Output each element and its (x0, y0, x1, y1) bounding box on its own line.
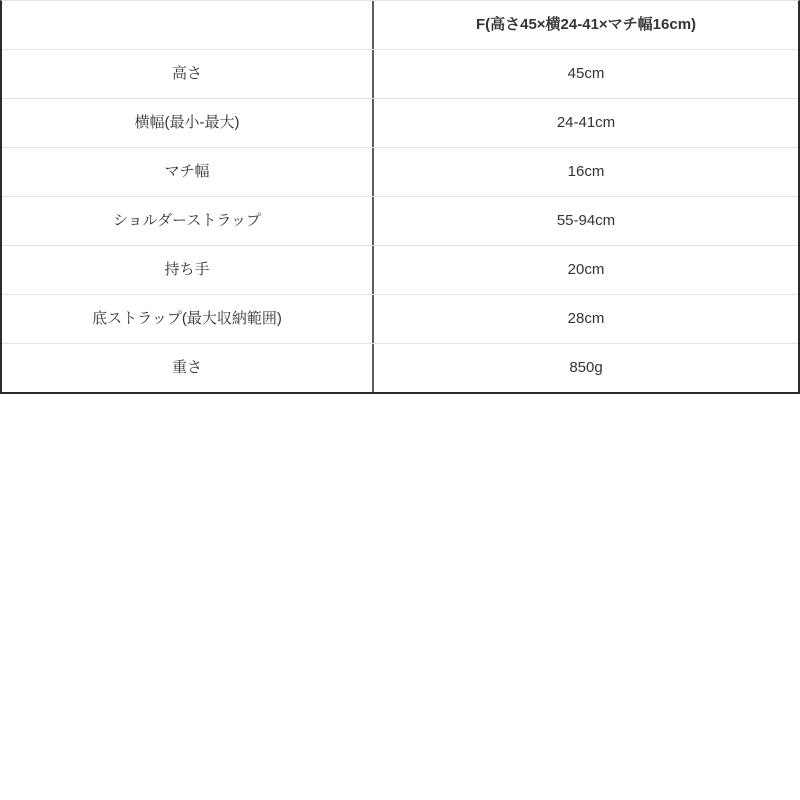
empty-page-area (0, 394, 800, 800)
table-row: マチ幅 16cm (2, 147, 798, 196)
row-label-shoulder-strap: ショルダーストラップ (2, 197, 374, 245)
row-value-weight: 850g (374, 344, 798, 392)
table-row: 重さ 850g (2, 343, 798, 392)
row-label-gusset: マチ幅 (2, 148, 374, 196)
row-value-gusset: 16cm (374, 148, 798, 196)
row-label-bottom-strap: 底ストラップ(最大収納範囲) (2, 295, 374, 343)
table-row: ショルダーストラップ 55-94cm (2, 196, 798, 245)
row-value-width: 24-41cm (374, 99, 798, 147)
size-spec-table: F(高さ45×横24-41×マチ幅16cm) 高さ 45cm 横幅(最小-最大)… (0, 0, 800, 394)
table-row: 横幅(最小-最大) 24-41cm (2, 98, 798, 147)
table-header-row: F(高さ45×横24-41×マチ幅16cm) (2, 1, 798, 49)
header-empty-cell (2, 1, 374, 49)
row-value-handle: 20cm (374, 246, 798, 294)
row-label-width: 横幅(最小-最大) (2, 99, 374, 147)
table-row: 持ち手 20cm (2, 245, 798, 294)
row-label-height: 高さ (2, 50, 374, 98)
row-label-handle: 持ち手 (2, 246, 374, 294)
row-label-weight: 重さ (2, 344, 374, 392)
header-size-cell: F(高さ45×横24-41×マチ幅16cm) (374, 1, 798, 49)
row-value-bottom-strap: 28cm (374, 295, 798, 343)
row-value-height: 45cm (374, 50, 798, 98)
row-value-shoulder-strap: 55-94cm (374, 197, 798, 245)
table-row: 底ストラップ(最大収納範囲) 28cm (2, 294, 798, 343)
table-row: 高さ 45cm (2, 49, 798, 98)
